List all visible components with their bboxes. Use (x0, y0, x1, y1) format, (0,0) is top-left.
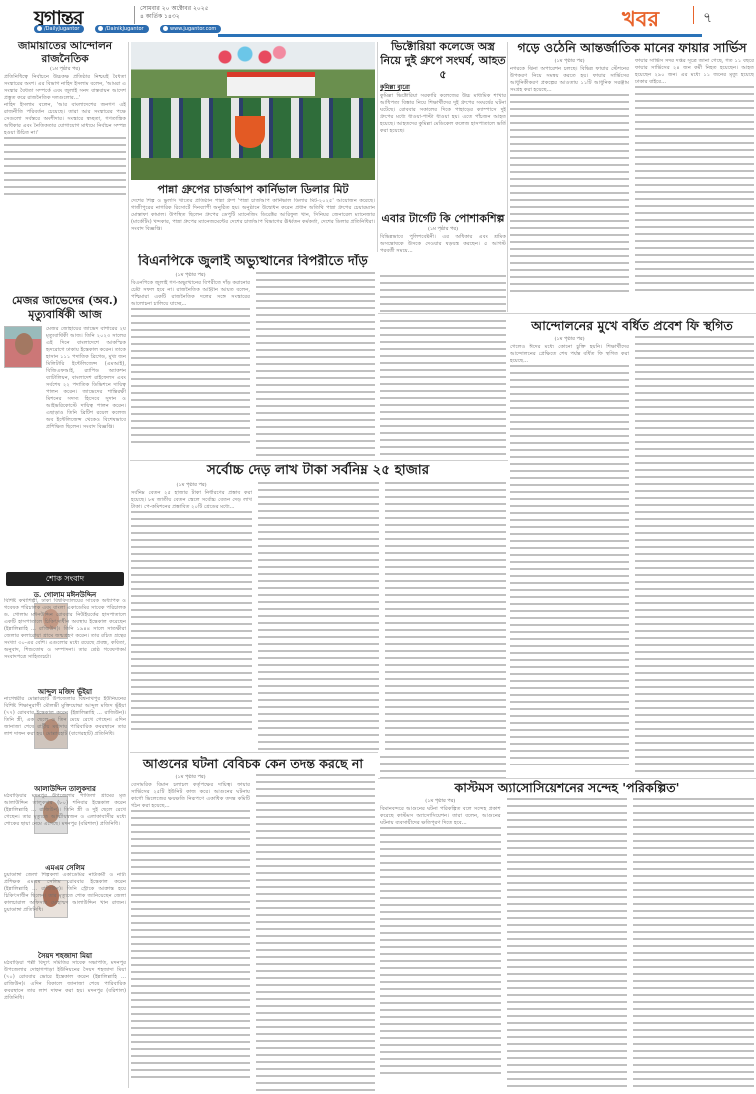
text-lines (258, 482, 379, 750)
article-body: বিভিন্নভাবে পুলিশবেষ্টনী। এর অধিকার এবং … (380, 234, 506, 255)
section-rule (378, 313, 756, 314)
balloons (209, 42, 289, 72)
text-lines (256, 272, 375, 457)
text-lines (131, 810, 250, 1080)
article-quote: নাহিদ ইসলাম বলেন, 'আর বাংলাদেশের জনগণ এই… (4, 102, 126, 137)
facebook-icon (37, 26, 42, 31)
article-body: ফায়ার সার্ভিস সদর দপ্তর সূত্রে জানা গেছ… (635, 58, 754, 86)
article-victoria[interactable]: ভিক্টোরিয়া কলেজে অস্ত্র নিয়ে দুই গ্রুপ… (380, 40, 506, 210)
text-lines (633, 798, 754, 1092)
facebook-link[interactable]: /DailyJugantor (34, 25, 84, 33)
website-link[interactable]: www.jugantor.com (160, 25, 221, 33)
bnp-continued (380, 320, 506, 460)
logo-divider (134, 6, 135, 24)
article-garments[interactable]: এবার টার্গেট কি পোশাকশিল্প (১ম পৃষ্ঠার প… (380, 212, 506, 272)
masthead: যুগান্তর সোমবার ২০ অক্টোবর ২০২৫ ৪ কার্তি… (0, 0, 756, 38)
article-body: কুমিল্লা ভিক্টোরিয়া সরকারি কলেজের উচ্চ … (380, 93, 506, 135)
article-body: মেজর জোহায়ের জাভেদ বাশারের ২য় মৃত্যুবা… (46, 326, 126, 431)
garments-continued (380, 275, 506, 312)
continued-label: (১ম পৃষ্ঠার পর) (4, 66, 126, 74)
panna-group-photo (131, 42, 375, 180)
date-bangla: ৪ কার্তিক ১৪৩২ (140, 13, 209, 21)
flag (235, 116, 265, 148)
portrait-photo (4, 326, 42, 368)
salary-continued (380, 756, 506, 778)
article-fire-service[interactable]: (১ম পৃষ্ঠার পর) নগরকে ঝিনা অপারেশন চলছে।… (510, 58, 754, 310)
section-divider (693, 6, 694, 24)
headline[interactable]: ভিক্টোরিয়া কলেজে অস্ত্র নিয়ে দুই গ্রুপ… (380, 40, 506, 82)
banner (227, 72, 315, 96)
continued-label: (১ম পৃষ্ঠার পর) (380, 226, 506, 234)
article-javed[interactable]: মেজর জাভেদের (অব.) মৃত্যুবার্ষিকী আজ মেজ… (4, 262, 126, 472)
article-fees[interactable]: (১ম পৃষ্ঠার পর) গেলেও ঈদের মধ্যে কোনো চু… (510, 336, 754, 776)
dateline: সোমবার ২০ অক্টোবর ২০২৫ ৪ কার্তিক ১৪৩২ (140, 5, 209, 21)
article-bnp[interactable]: (১ম পৃষ্ঠার পর) বিএনপিকে জুলাই গণ-অভ্যুত… (131, 272, 375, 457)
customs-headline[interactable]: কাস্টমস অ্যাসোসিয়েশনের সন্দেহ 'পরিকল্পি… (378, 780, 756, 796)
obituary-section-title: শোক সংবাদ (6, 572, 124, 586)
text-lines (380, 827, 501, 1077)
article-body: বিমানবন্দরে আগুনের ঘটনা পরিকল্পিত বলে সন… (380, 806, 501, 827)
article-body: গেলেও ঈদের মধ্যে কোনো চুক্তি হয়নি। শিক্… (510, 344, 629, 365)
bnp-headline[interactable]: বিএনপিকে জুলাই অভ্যুত্থানের বিপরীতে দাঁড… (130, 254, 376, 270)
headline[interactable]: জামায়াতের আন্দোলন রাজনৈতিক (4, 40, 126, 66)
article-customs[interactable]: (১ম পৃষ্ঠার পর) বিমানবন্দরে আগুনের ঘটনা … (380, 798, 754, 1092)
column-rule (128, 42, 129, 1088)
fire-service-headline[interactable]: গড়ে ওঠেনি আন্তর্জাতিক মানের ফায়ার সার্… (508, 40, 756, 56)
fire-incidents-headline[interactable]: আগুনের ঘটনা বেবিচক কেন তদন্ত করছে না (130, 756, 376, 772)
text-lines (4, 137, 126, 197)
column-rule (507, 42, 508, 312)
date-gregorian: সোমবার ২০ অক্টোবর ২০২৫ (140, 5, 209, 13)
text-lines (131, 308, 250, 448)
continued-label: (১ম পৃষ্ঠার পর) (510, 58, 629, 66)
youtube-link[interactable]: /DainikJugantor (95, 25, 149, 33)
article-fire-incidents[interactable]: (১ম পৃষ্ঠার পর) বেসামরিক বিমান চলাচল কর্… (131, 774, 375, 1092)
headline[interactable]: এবার টার্গেট কি পোশাকশিল্প (380, 212, 506, 226)
article-salary[interactable]: (১ম পৃষ্ঠার পর) সর্বনিম্ন বেতন ২৫ হাজার … (131, 482, 506, 750)
panna-caption: দেশের শিল্প ও ভুলসি খাতের প্রতিষ্ঠান পান… (131, 198, 375, 248)
continued-label: (১ম পৃষ্ঠার পর) (380, 798, 501, 806)
page-number: ৭ (703, 6, 712, 30)
text-lines (510, 365, 629, 765)
continued-label: (১ম পৃষ্ঠার পর) (510, 336, 629, 344)
fees-headline[interactable]: আন্দোলনের মুখে বর্ধিত প্রবেশ ফি স্থগিত (508, 318, 756, 334)
obituary-body: চুয়াডাঙ্গা জেলা শিল্পকলা একাডেমির নাট্য… (4, 872, 126, 947)
article-jamaat[interactable]: জামায়াতের আন্দোলন রাজনৈতিক (১ম পৃষ্ঠার … (4, 40, 126, 262)
text-lines (131, 511, 252, 731)
section-rule (130, 460, 508, 461)
text-lines (510, 94, 629, 294)
globe-icon (163, 26, 168, 31)
obituary-body: মঠবাড়িয়ার মদনপুর উপজেলার পাতিলা গ্রামে… (4, 793, 126, 858)
article-body: সর্বনিম্ন বেতন ২৫ হাজার টাকা নির্ধারণের … (131, 490, 252, 511)
article-body: বেসামরিক বিমান চলাচল কর্তৃপক্ষের দায়িত্… (131, 782, 250, 810)
section-rule (378, 778, 756, 779)
youtube-icon (98, 26, 103, 31)
article-body: নগরকে ঝিনা অপারেশন চলছে। বিভিন্ন ফায়ার … (510, 66, 629, 94)
text-lines (635, 336, 754, 776)
byline: কুমিল্লা ব্যুরো (380, 82, 506, 93)
obituary-body: বিশিষ্ট কথাশিল্পী, ঢাকা বিশ্ববিদ্যালয়ের… (4, 598, 126, 683)
continued-label: (১ম পৃষ্ঠার পর) (131, 482, 252, 490)
column-rule (377, 42, 378, 252)
article-body: বিএনপিকে জুলাই গণ-অভ্যুত্থানের বিপরীতে দ… (131, 280, 250, 308)
section-name: খবর (622, 3, 659, 38)
panna-headline[interactable]: পান্না গ্রুপের চার্জআপ কার্নিভাল ডিলার ম… (130, 183, 376, 196)
section-rule (130, 752, 378, 753)
text-lines (507, 798, 628, 1092)
salary-headline[interactable]: সর্বোচ্চ দেড় লাখ টাকা সর্বনিম্ন ২৫ হাজা… (130, 462, 506, 479)
obituary-list: ড. গোলাম মঈনউদ্দিন বিশিষ্ট কথাশিল্পী, ঢা… (0, 588, 128, 1094)
continued-label: (১ম পৃষ্ঠার পর) (131, 272, 250, 280)
obituary-body: মঠবাড়িয়া পল্লী বিদ্যুৎ সমিতির সাবেক সভ… (4, 960, 126, 1020)
text-lines (385, 482, 506, 750)
text-lines (635, 86, 754, 296)
article-body: প্রতিনিধিত্বে নির্বাচনে উচ্চকক্ষ প্রতিষ্… (4, 74, 126, 102)
text-lines (256, 774, 375, 1092)
headline[interactable]: মেজর জাভেদের (অব.) মৃত্যুবার্ষিকী আজ (4, 294, 126, 322)
continued-label: (১ম পৃষ্ঠার পর) (131, 774, 250, 782)
obituary-body: নাগেশ্বরীর মোল্লারহাট উপজেলার বিশ্বনাথপু… (4, 696, 126, 781)
